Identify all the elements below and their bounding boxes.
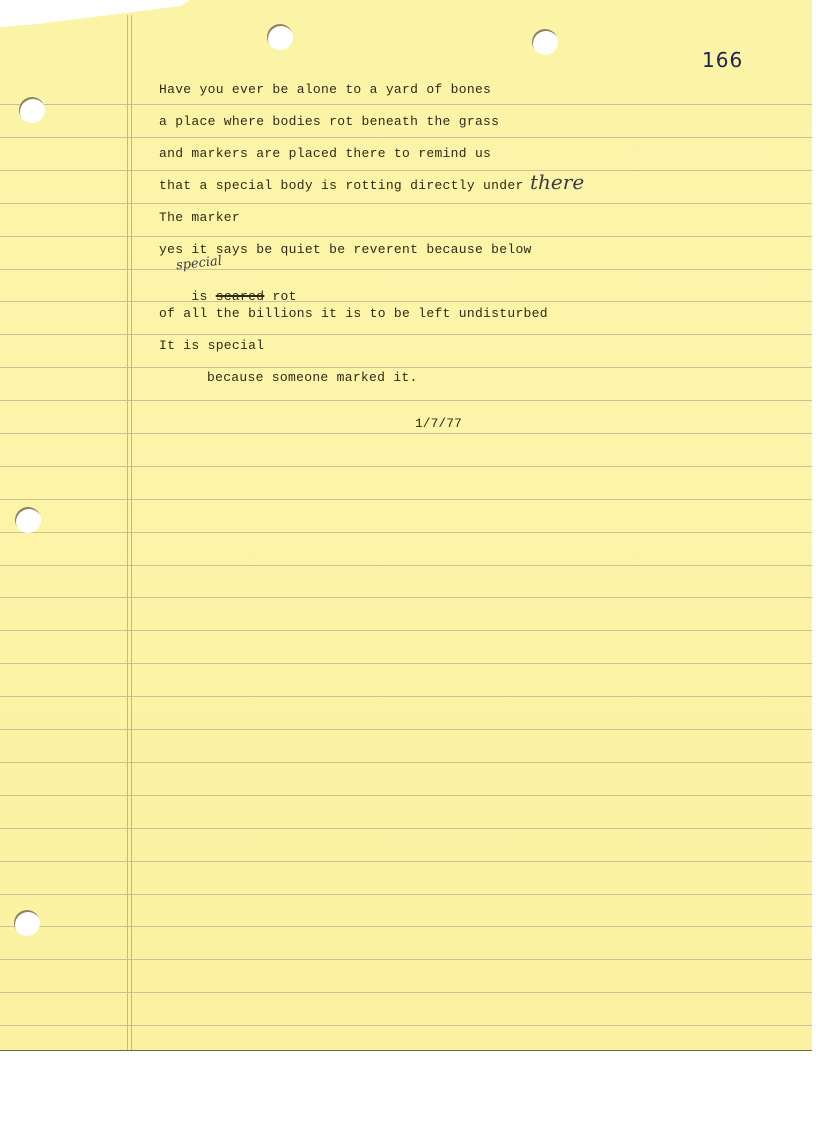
punch-hole-top-right	[532, 29, 558, 55]
line7-rot: rot	[272, 289, 296, 304]
ruled-line	[0, 367, 812, 368]
ruled-line	[0, 597, 812, 598]
poem-line-1: Have you ever be alone to a yard of bone…	[159, 82, 491, 97]
ruled-line	[0, 630, 812, 631]
ruled-line	[0, 1025, 812, 1026]
ruled-line	[0, 334, 812, 335]
ruled-line	[0, 236, 812, 237]
ruled-line	[0, 466, 812, 467]
lined-paper-sheet: 166 Have you ever be alone to a yard of …	[0, 0, 812, 1051]
page-number: 166	[702, 48, 743, 72]
poem-line-5: The marker	[159, 210, 240, 225]
ruled-line	[0, 170, 812, 171]
ruled-line	[0, 301, 812, 302]
ruled-line	[0, 203, 812, 204]
poem-line-4: that a special body is rotting directly …	[159, 178, 524, 193]
ruled-line	[0, 269, 812, 270]
ruled-line	[0, 137, 812, 138]
line7-is: is	[191, 289, 207, 304]
poem-line-9: It is special	[159, 338, 264, 353]
poem-line-10: because someone marked it.	[207, 370, 418, 385]
ruled-line	[0, 894, 812, 895]
ruled-line	[0, 565, 812, 566]
torn-corner	[0, 0, 190, 30]
punch-hole-top-left	[267, 24, 293, 50]
punch-hole-left-middle	[15, 507, 41, 533]
poem-line-8: of all the billions it is to be left und…	[159, 306, 548, 321]
ruled-line	[0, 959, 812, 960]
margin-line-left	[127, 15, 128, 1050]
ruled-line	[0, 400, 812, 401]
ruled-line	[0, 696, 812, 697]
punch-hole-left-bottom	[14, 910, 40, 936]
punch-hole-left-top	[19, 97, 45, 123]
ruled-line	[0, 433, 812, 434]
ruled-line	[0, 532, 812, 533]
ruled-line	[0, 795, 812, 796]
handwritten-there: there	[530, 170, 584, 194]
poem-line-3: and markers are placed there to remind u…	[159, 146, 491, 161]
ruled-line	[0, 861, 812, 862]
ruled-line	[0, 762, 812, 763]
struck-word: scared	[216, 289, 265, 304]
ruled-line	[0, 729, 812, 730]
ruled-line	[0, 828, 812, 829]
ruled-line	[0, 499, 812, 500]
ruled-line	[0, 104, 812, 105]
poem-line-2: a place where bodies rot beneath the gra…	[159, 114, 499, 129]
margin-line-right	[131, 15, 132, 1050]
poem-date: 1/7/77	[415, 416, 462, 431]
ruled-line	[0, 663, 812, 664]
ruled-line	[0, 926, 812, 927]
ruled-line	[0, 992, 812, 993]
